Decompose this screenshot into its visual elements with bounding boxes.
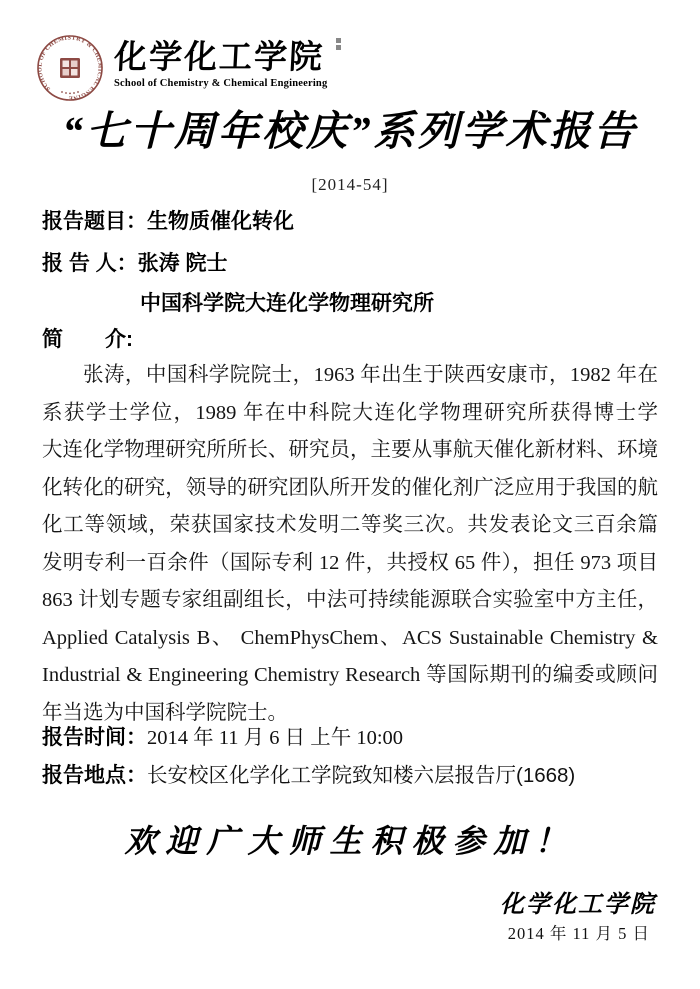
time-value: 2014 年 11 月 6 日 上午 10:00 (147, 727, 403, 749)
venue-label: 报告地点： (42, 764, 147, 787)
topic-value: 生物质催化转化 (147, 210, 294, 233)
topic-label: 报告题目： (42, 210, 147, 233)
series-title: “七十周年校庆”系列学术报告 (0, 98, 700, 157)
speaker-label: 报 告 人： (42, 252, 138, 275)
bio-line: 发明专利一百余件（国际专利 12 件，共授权 65 件），担任 973 项目首席… (42, 545, 658, 583)
speaker-value: 张涛 院士 (138, 252, 228, 275)
welcome-line: 欢迎广大师生积极参加！ (0, 816, 700, 862)
time-row: 报告时间：2014 年 11 月 6 日 上午 10:00 (42, 723, 658, 753)
venue-value: 长安校区化学化工学院致知楼六层报告厅(1668) (147, 764, 575, 787)
signature-date: 2014 年 11 月 5 日 (508, 920, 650, 944)
logo-name-zh: 化学化工学院 (113, 40, 328, 76)
speaker-affiliation: 中国科学院大连化学物理研究所 (140, 292, 434, 315)
bio-line: 863 计划专题专家组副组长，中法可持续能源联合实验室中方主任，催化学报主编， (42, 582, 658, 620)
issue-number: [2014-54] (0, 175, 700, 195)
school-seal-icon: SCHOOL OF CHEMISTRY & CHEMICAL ENGINEERI… (36, 34, 104, 102)
time-label: 报告时间： (42, 726, 147, 749)
school-logo: SCHOOL OF CHEMISTRY & CHEMICAL ENGINEERI… (36, 34, 327, 102)
bio-line: Industrial & Engineering Chemistry Resea… (42, 657, 658, 695)
bio-line: 化转化的研究，领导的研究团队所开发的催化剂广泛应用于我国的航天、航空和石油 (42, 470, 658, 508)
logo-text-block: 化学化工学院 School of Chemistry & Chemical En… (114, 34, 327, 89)
bio-line: 系获学士学位，1989 年在中科院大连化学物理研究所获得博士学位。现任中国科学院 (42, 395, 658, 433)
bio-line: Applied Catalysis B、 ChemPhysChem、ACS Su… (42, 620, 658, 658)
logo-name-en: School of Chemistry & Chemical Engineeri… (114, 78, 327, 89)
affiliation-row: 中国科学院大连化学物理研究所 (42, 289, 700, 319)
intro-row: 简 介: (42, 325, 658, 355)
venue-row: 报告地点：长安校区化学化工学院致知楼六层报告厅(1668) (42, 761, 658, 791)
topic-row: 报告题目：生物质催化转化 (42, 207, 658, 237)
bio-line: 化工等领域，荣获国家技术发明二等奖三次。共发表论文三百余篇（SCI 收录），申请 (42, 507, 658, 545)
logo-inscription-mark (336, 38, 341, 50)
bio-line: 大连化学物理研究所所长、研究员，主要从事航天催化新材料、环境催化、生物质催 (42, 432, 658, 470)
announcement-page: SCHOOL OF CHEMISTRY & CHEMICAL ENGINEERI… (0, 0, 700, 989)
bio-paragraph: 张涛，中国科学院院士，1963 年出生于陕西安康市，1982 年在陕西理工学院化… (42, 357, 658, 732)
signature: 化学化工学院 (500, 884, 656, 919)
speaker-row: 报 告 人：张涛 院士 (42, 249, 658, 279)
intro-label: 简 介: (42, 328, 133, 351)
bio-line: 张涛，中国科学院院士，1963 年出生于陕西安康市，1982 年在陕西理工学院化… (42, 357, 658, 395)
